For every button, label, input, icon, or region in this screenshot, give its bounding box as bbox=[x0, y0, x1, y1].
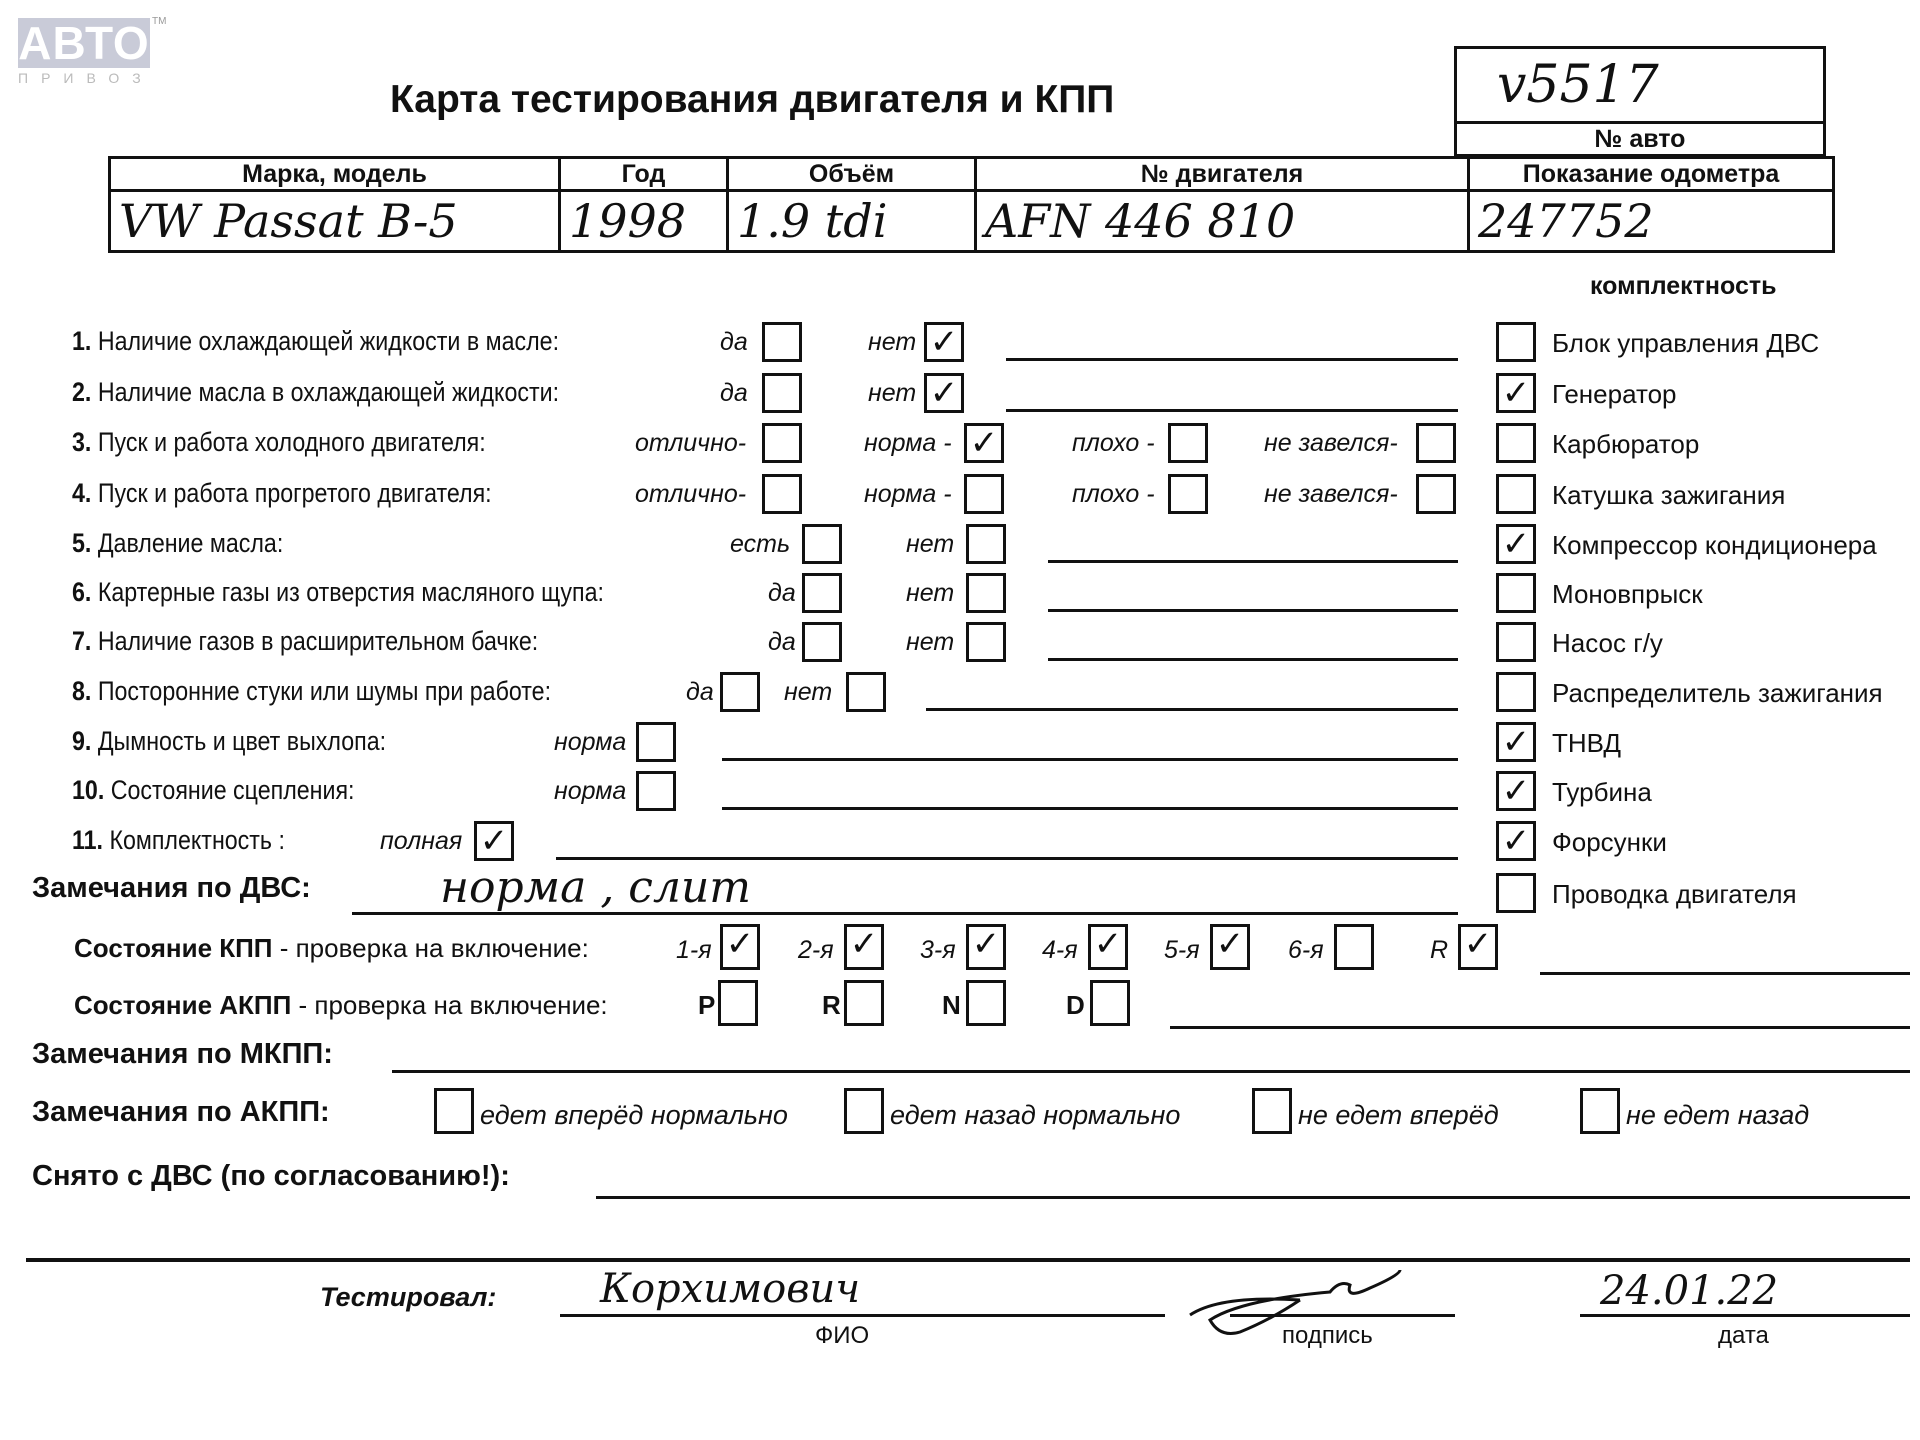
col-engine-number-label: № двигателя bbox=[976, 158, 1469, 191]
gear-label: 4-я bbox=[1042, 936, 1078, 965]
check-row-number: 10. bbox=[72, 775, 111, 805]
akpp-remark-checkbox[interactable] bbox=[1580, 1088, 1620, 1134]
completeness-checkbox[interactable]: ✓ bbox=[1496, 771, 1536, 811]
date-caption: дата bbox=[1718, 1322, 1769, 1350]
akpp-mode-label: D bbox=[1066, 990, 1085, 1021]
completeness-label: Форсунки bbox=[1552, 827, 1667, 858]
col-odometer-label: Показание одометра bbox=[1469, 158, 1834, 191]
option-label: да bbox=[686, 678, 714, 707]
check-row-label: 1. Наличие охлаждающей жидкости в масле: bbox=[72, 326, 559, 357]
option-label: норма bbox=[554, 728, 626, 757]
completeness-checkbox[interactable] bbox=[1496, 622, 1536, 662]
odometer-value[interactable]: 247752 bbox=[1469, 191, 1834, 252]
akpp-remark-label: едет вперёд нормально bbox=[480, 1100, 788, 1131]
check-row-label: 2. Наличие масла в охлаждающей жидкости: bbox=[72, 377, 559, 408]
check-row-label: 5. Давление масла: bbox=[72, 528, 283, 559]
tested-label: Тестировал: bbox=[320, 1282, 496, 1313]
logo: АВТО bbox=[18, 18, 150, 68]
check-row-label: 4. Пуск и работа прогретого двигателя: bbox=[72, 478, 492, 509]
completeness-label: Компрессор кондиционера bbox=[1552, 530, 1877, 561]
notes-line[interactable] bbox=[722, 807, 1458, 810]
logo-subtitle: ПРИВОЗ bbox=[18, 70, 154, 86]
check-row-label: 7. Наличие газов в расширительном бачке: bbox=[72, 626, 538, 657]
engine-remarks-label: Замечания по ДВС: bbox=[32, 872, 311, 905]
col-volume-label: Объём bbox=[728, 158, 976, 191]
gear-checkbox[interactable]: ✓ bbox=[966, 924, 1006, 970]
check-row-number: 11. bbox=[72, 825, 109, 855]
completeness-label: Проводка двигателя bbox=[1552, 879, 1797, 910]
gear-label: R bbox=[1430, 936, 1448, 965]
check-row-label: 10. Состояние сцепления: bbox=[72, 775, 354, 806]
notes-line[interactable] bbox=[1048, 560, 1458, 563]
akpp-remark-label: не едет назад bbox=[1626, 1100, 1809, 1131]
gear-label: 1-я bbox=[676, 936, 712, 965]
check-row-text: Давление масла: bbox=[98, 528, 283, 558]
completeness-checkbox[interactable] bbox=[1496, 322, 1536, 362]
check-row-number: 6. bbox=[72, 577, 98, 607]
option-label: отлично- bbox=[635, 480, 746, 509]
option-checkbox[interactable] bbox=[1168, 474, 1208, 514]
akpp-mode-label: N bbox=[942, 990, 961, 1021]
notes-line[interactable] bbox=[1006, 409, 1458, 412]
completeness-label: Распределитель зажигания bbox=[1552, 678, 1883, 709]
option-checkbox[interactable] bbox=[846, 672, 886, 712]
option-checkbox[interactable] bbox=[966, 622, 1006, 662]
option-label: не завелся- bbox=[1264, 429, 1398, 458]
notes-line[interactable] bbox=[1006, 358, 1458, 361]
option-label: да bbox=[720, 328, 748, 357]
notes-line[interactable] bbox=[556, 857, 1458, 860]
option-label: не завелся- bbox=[1264, 480, 1398, 509]
page-title: Карта тестирования двигателя и КПП bbox=[390, 78, 1114, 122]
check-row-number: 1. bbox=[72, 326, 98, 356]
check-row-label: 6. Картерные газы из отверстия масляного… bbox=[72, 577, 604, 608]
mkpp-remarks-line[interactable] bbox=[392, 1070, 1910, 1073]
check-row-number: 9. bbox=[72, 726, 98, 756]
check-row-number: 4. bbox=[72, 478, 98, 508]
option-label: да bbox=[768, 579, 796, 608]
akpp-mode-label: R bbox=[822, 990, 841, 1021]
completeness-checkbox[interactable] bbox=[1496, 474, 1536, 514]
notes-line[interactable] bbox=[1048, 658, 1458, 661]
auto-number-box: v5517 № авто bbox=[1454, 46, 1826, 157]
engine-number-value[interactable]: AFN 446 810 bbox=[976, 191, 1469, 252]
akpp-mode-checkbox[interactable] bbox=[844, 980, 884, 1026]
check-row-number: 8. bbox=[72, 676, 98, 706]
akpp-label-rest: - проверка на включение: bbox=[291, 990, 607, 1020]
notes-line[interactable] bbox=[722, 758, 1458, 761]
option-label: отлично- bbox=[635, 429, 746, 458]
completeness-label: Генератор bbox=[1552, 379, 1677, 410]
akpp-remark-label: едет назад нормально bbox=[890, 1100, 1180, 1131]
option-label: норма - bbox=[864, 480, 952, 509]
completeness-checkbox[interactable] bbox=[1496, 873, 1536, 913]
option-checkbox[interactable] bbox=[802, 524, 842, 564]
engine-remarks-value[interactable]: норма , слит bbox=[440, 862, 751, 913]
option-checkbox[interactable]: ✓ bbox=[924, 373, 964, 413]
gear-label: 3-я bbox=[920, 936, 956, 965]
check-row-label: 9. Дымность и цвет выхлопа: bbox=[72, 726, 386, 757]
completeness-checkbox[interactable] bbox=[1496, 423, 1536, 463]
option-checkbox[interactable] bbox=[720, 672, 760, 712]
check-row-text: Картерные газы из отверстия масляного щу… bbox=[98, 577, 604, 607]
option-label: нет bbox=[868, 328, 916, 357]
completeness-heading: комплектность bbox=[1590, 272, 1777, 301]
fio-caption: ФИО bbox=[815, 1322, 869, 1350]
gear-checkbox[interactable]: ✓ bbox=[844, 924, 884, 970]
option-label: нет bbox=[906, 530, 954, 559]
kpp-label-rest: - проверка на включение: bbox=[273, 933, 589, 963]
option-label: норма - bbox=[864, 429, 952, 458]
akpp-remark-checkbox[interactable] bbox=[434, 1088, 474, 1134]
gear-label: 2-я bbox=[798, 936, 834, 965]
akpp-remark-checkbox[interactable] bbox=[844, 1088, 884, 1134]
completeness-label: Насос г/у bbox=[1552, 628, 1663, 659]
check-row-number: 7. bbox=[72, 626, 98, 656]
option-checkbox[interactable] bbox=[762, 373, 802, 413]
check-row-text: Наличие масла в охлаждающей жидкости: bbox=[98, 377, 559, 407]
akpp-mode-checkbox[interactable] bbox=[966, 980, 1006, 1026]
kpp-label-bold: Состояние КПП bbox=[74, 933, 273, 963]
logo-tm: TM bbox=[152, 16, 166, 27]
removed-label: Снято с ДВС (по согласованию!): bbox=[32, 1160, 510, 1193]
completeness-checkbox[interactable]: ✓ bbox=[1496, 524, 1536, 564]
option-label: полная bbox=[380, 827, 462, 856]
auto-number-value[interactable]: v5517 bbox=[1457, 49, 1823, 124]
akpp-line bbox=[1170, 1026, 1910, 1029]
completeness-label: ТНВД bbox=[1552, 728, 1621, 759]
col-make-model-label: Марка, модель bbox=[110, 158, 560, 191]
completeness-label: Катушка зажигания bbox=[1552, 480, 1785, 511]
completeness-checkbox[interactable] bbox=[1496, 672, 1536, 712]
check-row-text: Пуск и работа холодного двигателя: bbox=[98, 427, 486, 457]
option-label: плохо - bbox=[1072, 429, 1155, 458]
date-line bbox=[1580, 1314, 1910, 1317]
date-value[interactable]: 24.01.22 bbox=[1600, 1268, 1778, 1314]
kpp-label: Состояние КПП - проверка на включение: bbox=[74, 933, 589, 964]
check-row-number: 2. bbox=[72, 377, 98, 407]
completeness-label: Блок управления ДВС bbox=[1552, 328, 1819, 359]
removed-line[interactable] bbox=[596, 1196, 1910, 1199]
notes-line[interactable] bbox=[926, 708, 1458, 711]
gear-checkbox[interactable] bbox=[1334, 924, 1374, 970]
completeness-label: Турбина bbox=[1552, 777, 1652, 808]
option-checkbox[interactable] bbox=[966, 573, 1006, 613]
check-row-label: 11. Комплектность : bbox=[72, 825, 285, 856]
option-checkbox[interactable] bbox=[964, 474, 1004, 514]
check-row-text: Пуск и работа прогретого двигателя: bbox=[98, 478, 492, 508]
check-row-text: Наличие охлаждающей жидкости в масле: bbox=[98, 326, 559, 356]
signature-line bbox=[1230, 1314, 1455, 1317]
check-row-number: 5. bbox=[72, 528, 98, 558]
completeness-checkbox[interactable]: ✓ bbox=[1496, 722, 1536, 762]
gear-label: 5-я bbox=[1164, 936, 1200, 965]
gear-checkbox[interactable]: ✓ bbox=[1458, 924, 1498, 970]
option-label: нет bbox=[784, 678, 832, 707]
completeness-checkbox[interactable]: ✓ bbox=[1496, 373, 1536, 413]
option-label: нет bbox=[868, 379, 916, 408]
check-row-text: Посторонние стуки или шумы при работе: bbox=[98, 676, 551, 706]
gear-checkbox[interactable]: ✓ bbox=[720, 924, 760, 970]
option-label: да bbox=[720, 379, 748, 408]
volume-value[interactable]: 1.9 tdi bbox=[728, 191, 976, 252]
gear-checkbox[interactable]: ✓ bbox=[1088, 924, 1128, 970]
option-checkbox[interactable]: ✓ bbox=[924, 322, 964, 362]
year-value[interactable]: 1998 bbox=[560, 191, 728, 252]
akpp-remark-label: не едет вперёд bbox=[1298, 1100, 1499, 1131]
notes-line[interactable] bbox=[1048, 609, 1458, 612]
gear-label: 6-я bbox=[1288, 936, 1324, 965]
option-label: норма bbox=[554, 777, 626, 806]
mkpp-remarks-label: Замечания по МКПП: bbox=[32, 1038, 333, 1071]
option-checkbox[interactable] bbox=[762, 474, 802, 514]
akpp-label: Состояние АКПП - проверка на включение: bbox=[74, 990, 608, 1021]
completeness-checkbox[interactable] bbox=[1496, 573, 1536, 613]
completeness-label: Моновпрыск bbox=[1552, 579, 1703, 610]
akpp-mode-checkbox[interactable] bbox=[718, 980, 758, 1026]
akpp-remark-checkbox[interactable] bbox=[1252, 1088, 1292, 1134]
option-checkbox[interactable] bbox=[1416, 423, 1456, 463]
check-row-label: 8. Посторонние стуки или шумы при работе… bbox=[72, 676, 551, 707]
check-row-text: Комплектность : bbox=[109, 825, 284, 855]
option-checkbox[interactable] bbox=[762, 322, 802, 362]
option-checkbox[interactable] bbox=[1168, 423, 1208, 463]
col-year-label: Год bbox=[560, 158, 728, 191]
option-checkbox[interactable]: ✓ bbox=[964, 423, 1004, 463]
completeness-label: Карбюратор bbox=[1552, 429, 1699, 460]
make-model-value[interactable]: VW Passat B-5 bbox=[110, 191, 560, 252]
gear-checkbox[interactable]: ✓ bbox=[1210, 924, 1250, 970]
completeness-checkbox[interactable]: ✓ bbox=[1496, 821, 1536, 861]
fio-line bbox=[560, 1314, 1165, 1317]
kpp-line bbox=[1540, 972, 1910, 975]
option-checkbox[interactable]: ✓ bbox=[474, 821, 514, 861]
tester-name-value[interactable]: Корхимович bbox=[600, 1266, 860, 1312]
check-row-number: 3. bbox=[72, 427, 98, 457]
akpp-mode-label: P bbox=[698, 990, 715, 1021]
check-row-text: Состояние сцепления: bbox=[111, 775, 355, 805]
signature-caption: подпись bbox=[1282, 1322, 1373, 1350]
option-label: нет bbox=[906, 628, 954, 657]
option-checkbox[interactable] bbox=[636, 722, 676, 762]
option-checkbox[interactable] bbox=[802, 622, 842, 662]
check-row-label: 3. Пуск и работа холодного двигателя: bbox=[72, 427, 486, 458]
akpp-remarks-label: Замечания по АКПП: bbox=[32, 1096, 330, 1129]
option-checkbox[interactable] bbox=[1416, 474, 1456, 514]
akpp-mode-checkbox[interactable] bbox=[1090, 980, 1130, 1026]
auto-number-label: № авто bbox=[1457, 124, 1823, 154]
check-row-text: Дымность и цвет выхлопа: bbox=[98, 726, 386, 756]
option-label: да bbox=[768, 628, 796, 657]
vehicle-header-table: Марка, модель Год Объём № двигателя Пока… bbox=[108, 156, 1835, 253]
option-checkbox[interactable] bbox=[636, 771, 676, 811]
akpp-label-bold: Состояние АКПП bbox=[74, 990, 291, 1020]
footer-divider bbox=[26, 1258, 1910, 1262]
option-checkbox[interactable] bbox=[802, 573, 842, 613]
option-checkbox[interactable] bbox=[966, 524, 1006, 564]
option-label: плохо - bbox=[1072, 480, 1155, 509]
option-label: есть bbox=[730, 530, 790, 559]
option-label: нет bbox=[906, 579, 954, 608]
option-checkbox[interactable] bbox=[762, 423, 802, 463]
check-row-text: Наличие газов в расширительном бачке: bbox=[98, 626, 538, 656]
